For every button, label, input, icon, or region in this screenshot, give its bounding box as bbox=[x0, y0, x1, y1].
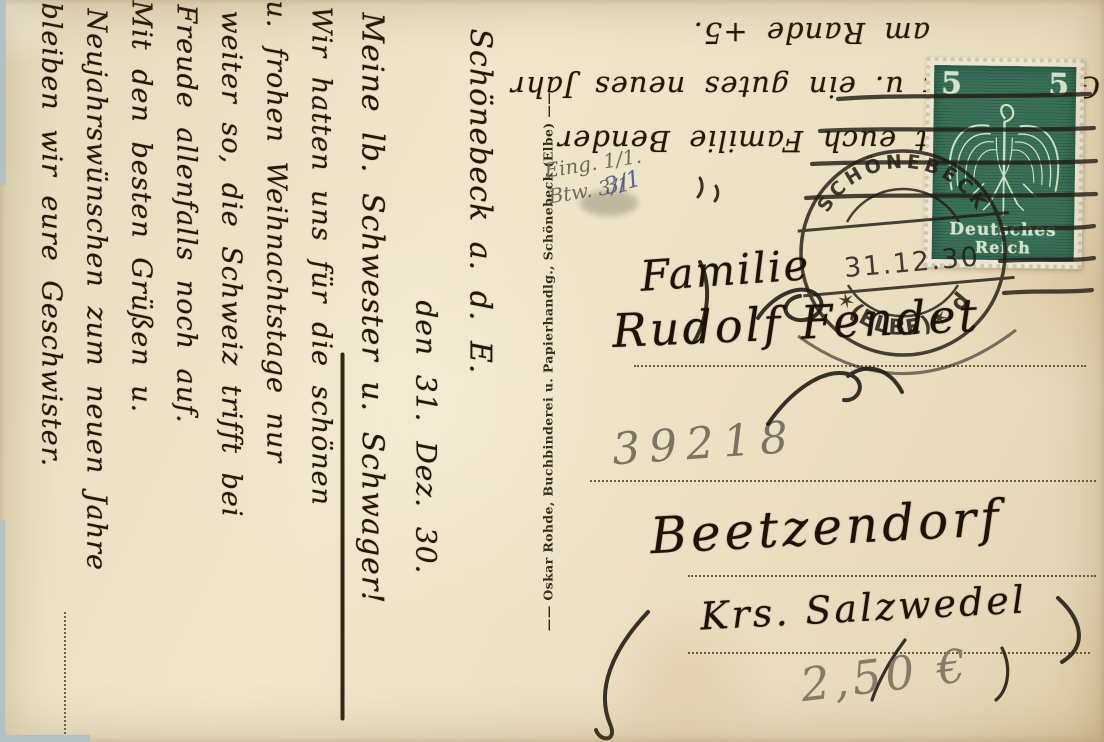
message-block: Schönebeck a. d. E. den 31. Dez. 30. Mei… bbox=[0, 1, 508, 731]
message-body-line: bleiben wir eure Geschwister. bbox=[29, 3, 74, 731]
postcard-back: Schönebeck a. d. E. den 31. Dez. 30. Mei… bbox=[0, 0, 1104, 742]
message-place-line: Schönebeck a. d. E. bbox=[452, 29, 508, 731]
stamp-value-right: 5 bbox=[1048, 68, 1069, 103]
postage-stamp: 5 5 bbox=[924, 57, 1085, 269]
scanner-background: Schönebeck a. d. E. den 31. Dez. 30. Mei… bbox=[0, 0, 1104, 742]
address-rule-2 bbox=[590, 480, 1096, 482]
message-greeting-line: Meine lb. Schwester u. Schwager! bbox=[344, 13, 400, 731]
scanner-edge-sliver bbox=[0, 520, 5, 742]
message-body-line: Freude allenfalls noch auf. bbox=[164, 5, 209, 731]
message-body-line: Mit den besten Grüßen u. bbox=[119, 1, 164, 731]
postal-code-note: 39218 bbox=[610, 412, 798, 476]
stamp-country-line2: Reich bbox=[932, 239, 1074, 258]
reichsadler-eagle-icon bbox=[937, 97, 1071, 217]
address-rule-3 bbox=[688, 575, 1096, 577]
scanner-edge-sliver bbox=[0, 735, 90, 742]
publisher-imprint: —— Oskar Rohde, Buchbinderei u. Papierha… bbox=[541, 62, 556, 662]
message-body-line: Wir hatten uns für die schönen bbox=[299, 7, 344, 731]
message-body-line: Neujahrswünschen zum neuen Jahre bbox=[74, 9, 119, 731]
message-body-line: weiter so, die Schweiz trifft bei bbox=[209, 11, 254, 731]
address-town: Beetzendorf bbox=[649, 489, 1004, 565]
address-recipient-family: Familie bbox=[638, 240, 811, 301]
left-edge-dotted-rule bbox=[64, 612, 66, 742]
message-date-line: den 31. Dez. 30. bbox=[400, 301, 452, 731]
dealer-price-note: 2,50 € bbox=[797, 638, 973, 712]
address-district: Krs. Salzwedel bbox=[699, 577, 1028, 638]
message-body-line: u. frohen Weihnachtstage nur bbox=[254, 1, 299, 731]
scanner-edge-sliver bbox=[0, 0, 6, 185]
greeting-underline bbox=[341, 353, 345, 721]
stamp-design: 5 5 bbox=[932, 65, 1077, 261]
overflow-line: am Rande +5. bbox=[565, 6, 930, 60]
address-rule-1 bbox=[634, 365, 1086, 367]
stamp-value-left: 5 bbox=[941, 66, 962, 101]
